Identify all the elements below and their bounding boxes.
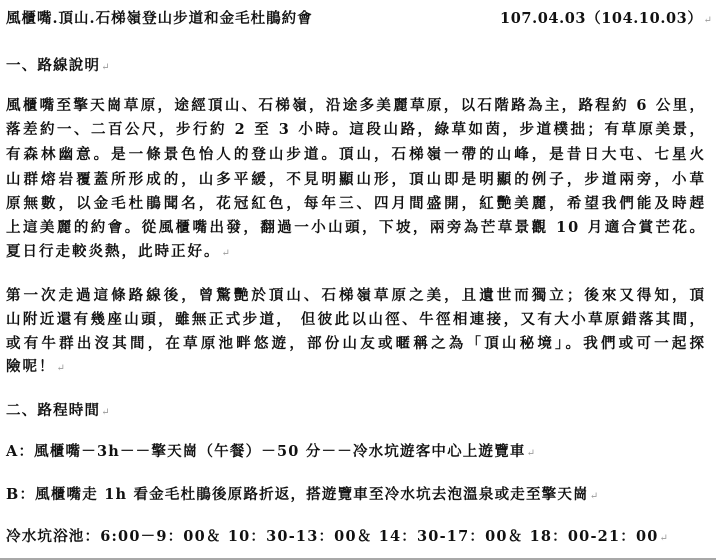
paragraph-mark-icon: ↵ [57, 363, 65, 374]
paragraph-line-text: 險呢！ [6, 358, 56, 375]
paragraph-mark-icon: ↵ [101, 407, 109, 418]
paragraph-mark-icon: ↵ [527, 448, 535, 459]
section-heading-route-time: 二、路程時間↵ [6, 402, 110, 422]
paragraph-line: 落差約一、二百公尺，步行約 2 至 3 小時。這段山路，綠草如茵，步道樸拙；有草… [6, 121, 706, 139]
paragraph-line: 風櫃嘴至擎天崗草原，途經頂山、石梯嶺，沿途多美麗草原，以石階路為主，路程約 6 … [6, 97, 706, 115]
date-text: 107.04.03（104.10.03） [500, 10, 702, 27]
bath-hours: 冷水坑浴池：6:00－9：00＆ 10：30-13：00＆ 14：30-17：0… [6, 528, 668, 548]
paragraph-line: 或有牛群出沒其間，在草原池畔悠遊，部份山友或暱稱之為「頂山秘境」。我們或可一起探 [6, 335, 706, 353]
paragraph-mark-icon: ↵ [590, 491, 598, 502]
heading-text: 一、路線說明 [6, 57, 100, 74]
paragraph-line: 第一次走過這條路線後，曾驚艷於頂山、石梯嶺草原之美，且遺世而獨立；後來又得知，頂 [6, 287, 706, 305]
heading-text: 二、路程時間 [6, 402, 100, 419]
paragraph-line: 山群熔岩覆蓋所形成的，山多平緩，不見明顯山形，頂山即是明顯的例子，步道兩旁，小草 [6, 171, 706, 189]
title-text: 風櫃嘴.頂山.石梯嶺登山步道和金毛杜鵑約會 [6, 10, 313, 27]
paragraph-line: 原無數，以金毛杜鵑聞名，花冠紅色，每年三、四月間盛開，紅艷美麗，希望我們能及時趕 [6, 195, 706, 213]
bath-hours-text: 冷水坑浴池：6:00－9：00＆ 10：30-13：00＆ 14：30-17：0… [6, 528, 659, 545]
route-a-text: A：風櫃嘴－3h－－擎天崗（午餐）－50 分－－冷水坑遊客中心上遊覽車 [6, 443, 526, 460]
route-b: B：風櫃嘴走 1h 看金毛杜鵑後原路折返，搭遊覽車至冷水坑去泡溫泉或走至擎天崗↵ [6, 486, 598, 506]
document-date: 107.04.03（104.10.03）↵ [500, 10, 712, 30]
paragraph-line: 上這美麗的約會。從風櫃嘴出發，翻過一小山頭，下坡，兩旁為芒草景觀 10 月適合賞… [6, 219, 706, 237]
section-heading-route-description: 一、路線說明↵ [6, 57, 110, 77]
paragraph-line-last: 險呢！↵ [6, 358, 65, 378]
route-a: A：風櫃嘴－3h－－擎天崗（午餐）－50 分－－冷水坑遊客中心上遊覽車↵ [6, 443, 535, 463]
paragraph-line-last: 夏日行走較炎熱，此時正好。↵ [6, 243, 230, 263]
paragraph-mark-icon: ↵ [101, 62, 109, 73]
document-page: 風櫃嘴.頂山.石梯嶺登山步道和金毛杜鵑約會 107.04.03（104.10.0… [0, 0, 716, 560]
paragraph-mark-icon: ↵ [703, 15, 711, 26]
route-b-text: B：風櫃嘴走 1h 看金毛杜鵑後原路折返，搭遊覽車至冷水坑去泡溫泉或走至擎天崗 [6, 486, 589, 503]
paragraph-mark-icon: ↵ [222, 248, 230, 259]
document-title: 風櫃嘴.頂山.石梯嶺登山步道和金毛杜鵑約會 [6, 10, 313, 28]
paragraph-mark-icon: ↵ [660, 533, 668, 544]
paragraph-line: 山附近還有幾座山頭，雖無正式步道， 但彼此以山徑、牛徑相連接，又有大小草原錯落其… [6, 311, 706, 329]
paragraph-line: 有森林幽意。是一條景色怡人的登山步道。頂山，石梯嶺一帶的山峰，是昔日大屯、七星火 [6, 146, 706, 164]
paragraph-line-text: 夏日行走較炎熱，此時正好。 [6, 243, 221, 260]
